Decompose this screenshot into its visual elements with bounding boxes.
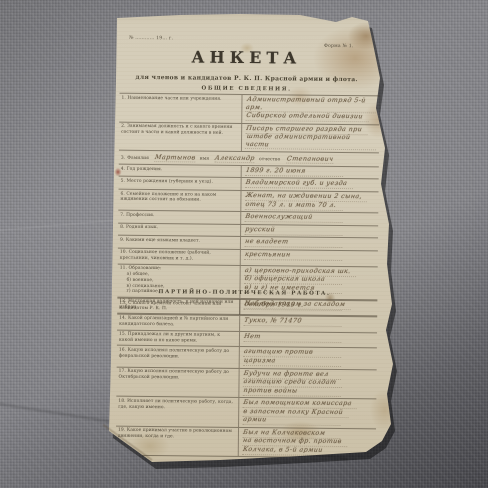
handwritten-value: Мартынов <box>154 153 196 163</box>
document-title: АНКЕТА <box>134 47 359 68</box>
answer-cell: Будучи на фронте велагитацию среди солда… <box>238 368 376 398</box>
question-label: 5. Место рождения (губерния и уезд). <box>119 177 241 190</box>
handwritten-value: Степанович <box>286 154 334 164</box>
handwritten-answer: 1899 г. 20 июня <box>245 167 344 177</box>
question-label: 6. Семейное положение и кто на каком ижд… <box>118 190 240 211</box>
handwritten-answer: Военнослужащий <box>245 213 344 223</box>
question-label: 16. Какую исполнял политическую работу д… <box>117 346 239 367</box>
form-row: 6. Семейное положение и кто на каком ижд… <box>118 189 378 213</box>
answer-cell: Был помощником комиссарав запасном полку… <box>238 398 376 428</box>
answer-cell: русский <box>240 225 378 238</box>
answer-cell: 1899 г. 20 июня <box>241 166 379 179</box>
section-heading-general: ОБЩИЕ СВЕДЕНИЯ. <box>122 85 372 94</box>
registry-number-line: № ………… 19… г. <box>129 36 173 41</box>
answer-cell: Нет <box>239 332 377 348</box>
field-label: Фамилия <box>127 156 149 162</box>
document-subtitle: для членов и кандидатов Р. К. П. Красной… <box>122 74 372 84</box>
form-row: 14. Какой организацией и № партийного ил… <box>117 313 377 332</box>
form-row: 15. Принадлежал ли к другим партиям, к к… <box>117 329 377 348</box>
question-label: 2. Занимаемая должность и с какого време… <box>119 122 241 151</box>
handwritten-answer: русский <box>244 226 343 236</box>
form-row: 1. Наименование части или учреждения.Адм… <box>119 93 379 124</box>
answer-cell: Тукко, № 71470 <box>239 316 377 332</box>
handwritten-answer: крестьянин <box>244 251 343 261</box>
question-label: 8. Родной язык. <box>118 223 240 236</box>
answer-cell: Административный отряд 5-й арм.Сибирской… <box>241 95 379 124</box>
field-label: отчество <box>259 157 280 163</box>
form-row: 10. Социальное положение (рабочий, крест… <box>118 247 378 266</box>
general-info-table: 1. Наименование части или учреждения.Адм… <box>117 93 379 316</box>
photo-of-document: № ………… 19… г. Форма № 1. АНКЕТА для член… <box>0 0 488 488</box>
question-label: 15. Принадлежал ли к другим партиям, к к… <box>117 330 239 346</box>
question-label: 10. Социальное положение (рабочий, крест… <box>118 248 240 264</box>
form-row: 13. С какого времени состоит членом или … <box>117 298 377 317</box>
handwritten-value: Александр <box>214 154 255 164</box>
form-row: 17. Какую исполнял политическую работу д… <box>116 366 376 398</box>
question-label: 18. Исполняет ли политическую работу, ко… <box>116 397 238 427</box>
handwritten-answer: Владимирской губ. и уезда <box>245 179 354 189</box>
question-label: 7. Профессия. <box>118 211 240 224</box>
handwritten-answer: Тукко, № 71470 <box>244 317 343 327</box>
answer-cell: Владимирской губ. и уезда <box>241 178 379 191</box>
answer-cell: декабря 1919 г. <box>239 300 377 316</box>
handwritten-answer: Колчака, в 5-й армии <box>242 446 341 456</box>
question-label: 9. Какими еще языками владеет. <box>118 236 240 249</box>
answer-cell: Писарь старшего разряда приштабе админис… <box>241 124 379 153</box>
handwritten-answer: Нет <box>243 333 342 343</box>
form-row: 18. Исполняет ли политическую работу, ко… <box>116 396 376 428</box>
answer-cell: не владеет <box>240 237 378 250</box>
party-work-table: 13. С какого времени состоит членом или … <box>116 298 378 459</box>
answer-cell: Был на Колчаковскомна восточном фр. прот… <box>238 428 376 458</box>
question-label: 4. Год рождения. <box>119 165 241 178</box>
answer-cell: крестьянин <box>240 250 378 266</box>
form-row: 19. Какое принимал участие в революционн… <box>116 425 376 457</box>
form-row: 3.ФамилияМартыновимяАлександротчествоСте… <box>119 150 379 166</box>
handwritten-answer: штабе административной части <box>245 133 378 150</box>
question-number: 3. <box>121 156 125 162</box>
handwritten-answer: Сибирской отдельной дивизии <box>246 112 370 122</box>
question-label: 1. Наименование части или учреждения. <box>119 94 241 123</box>
handwritten-answer: отец 73 л. и мать 70 л. <box>245 201 344 211</box>
question-label: 17. Какую исполнял политическую работу д… <box>116 367 238 397</box>
form-row: 16. Какую исполнял политическую работу д… <box>117 345 377 369</box>
handwritten-answer: против войны <box>243 387 342 397</box>
handwritten-answer: декабря 1919 г. <box>244 301 343 311</box>
answer-cell: агитацию противцаризма <box>239 347 377 369</box>
answer-cell: Военнослужащий <box>240 212 378 225</box>
handwritten-answer: царизма <box>243 357 342 367</box>
handwritten-answer: не владеет <box>244 238 343 248</box>
question-label: 13. С какого времени состоит членом или … <box>117 299 239 315</box>
question-label: 14. Какой организацией и № партийного ил… <box>117 314 239 330</box>
field-label: имя <box>200 156 209 162</box>
answer-cell: Женат, на иждивении 2 сына,отец 73 л. и … <box>240 191 378 213</box>
form-row: 2. Занимаемая должность и с какого време… <box>119 121 379 152</box>
handwritten-answer: армии <box>242 416 341 426</box>
